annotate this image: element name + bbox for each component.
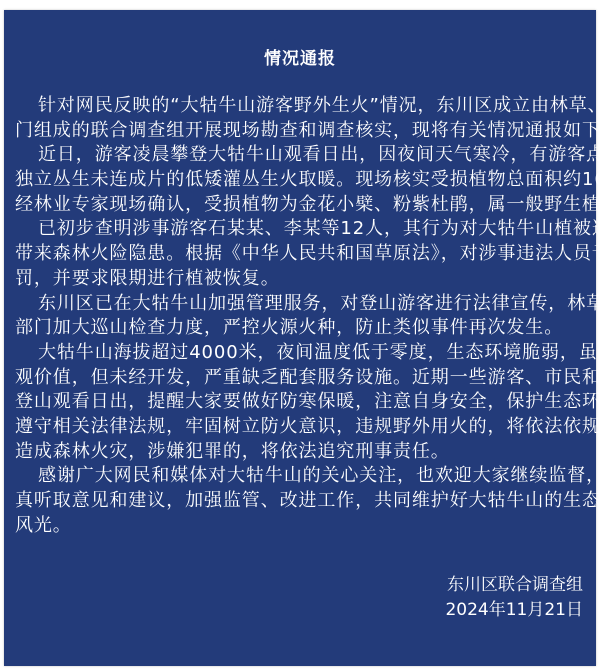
paragraph-2-line-1: 近日，游客凌晨攀登大牯牛山观看日出，因夜间天气寒冷，有游客点燃草地上 — [15, 143, 585, 168]
paragraph-3-line-3: 罚，并要求限期进行植被恢复。 — [15, 267, 585, 292]
paragraph-1-line-1: 针对网民反映的“大牯牛山游客野外生火”情况，东川区成立由林草、公安等部 — [15, 94, 585, 119]
issuer-name: 东川区联合调查组 — [445, 573, 583, 598]
paragraph-3-line-2: 带来森林火险隐患。根据《中华人民共和国草原法》，对涉事违法人员予以行政处 — [15, 242, 585, 267]
paragraph-5-line-5: 造成森林火灾，涉嫌犯罪的，将依法追究刑事责任。 — [15, 440, 585, 465]
paragraph-6-line-1: 感谢广大网民和媒体对大牯牛山的关心关注，也欢迎大家继续监督，我们将认 — [15, 464, 585, 489]
paragraph-4-line-2: 部门加大巡山检查力度，严控火源火种，防止类似事件再次发生。 — [15, 316, 585, 341]
notice-signature: 东川区联合调查组 2024年11月21日 — [445, 573, 583, 623]
paragraph-6-line-2: 真听取意见和建议，加强监管、改进工作，共同维护好大牯牛山的生态环境和自然 — [15, 489, 585, 514]
paragraph-2-line-3: 经林业专家现场确认，受损植物为金花小檗、粉紫杜鹃，属一般野生植物。 — [15, 193, 585, 218]
paragraph-6-line-3: 风光。 — [15, 514, 585, 539]
paragraph-5-line-4: 遵守相关法律法规，牢固树立防火意识，违规野外用火的，将依法依规严肃处理； — [15, 415, 585, 440]
paragraph-1-line-2: 门组成的联合调查组开展现场勘查和调查核实，现将有关情况通报如下。 — [15, 119, 585, 144]
notice-body: 针对网民反映的“大牯牛山游客野外生火”情况，东川区成立由林草、公安等部 门组成的… — [15, 94, 585, 538]
notice-title: 情况通报 — [0, 48, 600, 70]
paragraph-4-line-1: 东川区已在大牯牛山加强管理服务，对登山游客进行法律宣传，林草、公安等 — [15, 292, 585, 317]
paragraph-5-line-3: 登山观看日出，提醒大家要做好防寒保暖，注意自身安全，保护生态环境；要自觉 — [15, 390, 585, 415]
issue-date: 2024年11月21日 — [445, 598, 583, 623]
paragraph-5-line-2: 观价值，但未经开发，严重缺乏配套服务设施。近期一些游客、市民和大学生自发 — [15, 366, 585, 391]
paragraph-2-line-2: 独立丛生未连成片的低矮灌丛生火取暖。现场核实受损植物总面积约165平方米。 — [15, 168, 585, 193]
paragraph-5-line-1: 大牯牛山海拔超过4000米，夜间温度低于零度，生态环境脆弱，虽具备一定景 — [15, 341, 585, 366]
paragraph-3-line-1: 已初步查明涉事游客石某某、李某等12人，其行为对大牯牛山植被造成破坏， — [15, 217, 585, 242]
